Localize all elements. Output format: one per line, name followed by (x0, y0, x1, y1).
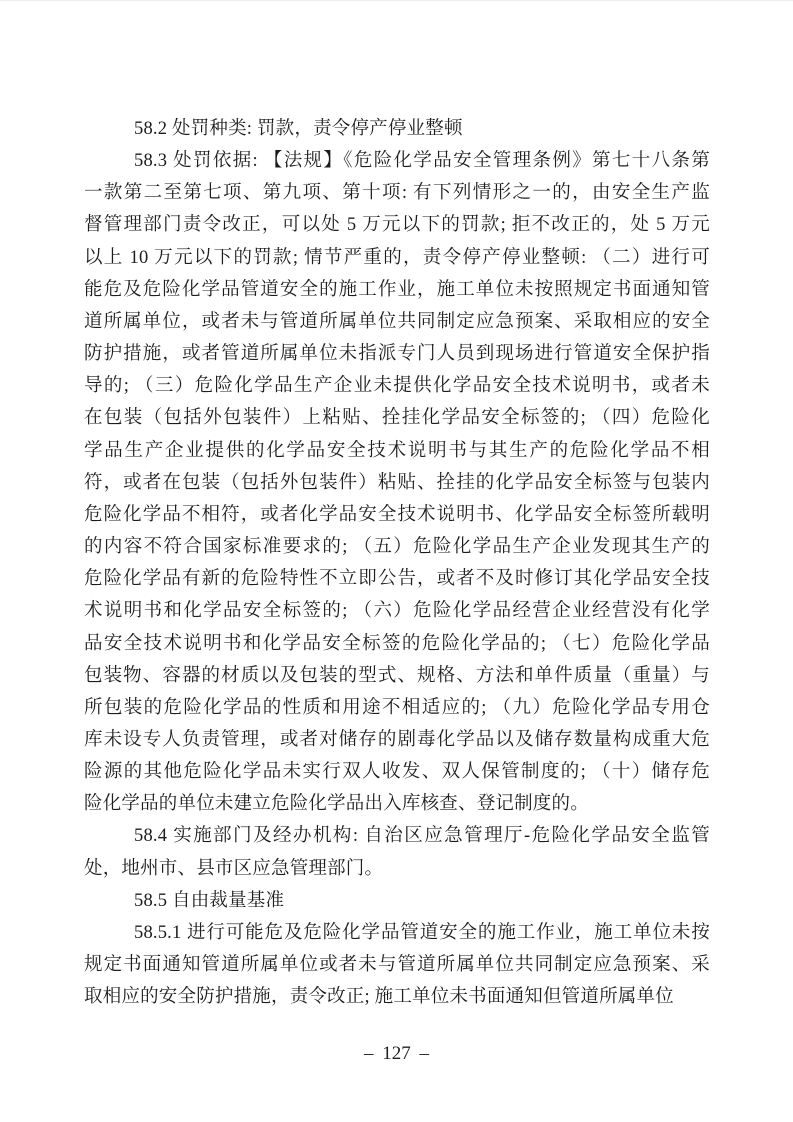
text-line: 以上 10 万元以下的罚款; 情节严重的，责令停产停业整顿: （二）进行可 (84, 242, 710, 274)
document-page: 58.2 处罚种类: 罚款，责令停产停业整顿58.3 处罚依据: 【法规】《危险… (0, 0, 793, 1122)
text-line: 险源的其他危险化学品未实行双人收发、双人保管制度的; （十）储存危 (84, 756, 710, 788)
text-line: 防护措施，或者管道所属单位未指派专门人员到现场进行管道安全保护指 (84, 338, 710, 370)
document-body: 58.2 处罚种类: 罚款，责令停产停业整顿58.3 处罚依据: 【法规】《危险… (84, 113, 710, 1013)
text-line: 道所属单位，或者未与管道所属单位共同制定应急预案、采取相应的安全 (84, 306, 710, 338)
text-line: 一款第二至第七项、第九项、第十项: 有下列情形之一的，由安全生产监 (84, 177, 710, 209)
text-line: 处，地州市、县市区应急管理部门。 (84, 853, 710, 885)
scan-edge-artifact (0, 0, 793, 1)
text-line: 库未设专人负责管理，或者对储存的剧毒化学品以及储存数量构成重大危 (84, 724, 710, 756)
text-line: 危险化学品不相符，或者化学品安全技术说明书、化学品安全标签所载明 (84, 499, 710, 531)
text-line: 58.3 处罚依据: 【法规】《危险化学品安全管理条例》第七十八条第 (84, 145, 710, 177)
text-line: 险化学品的单位未建立危险化学品出入库核查、登记制度的。 (84, 788, 710, 820)
text-line: 危险化学品有新的危险特性不立即公告，或者不及时修订其化学品安全技 (84, 563, 710, 595)
text-line: 在包装（包括外包装件）上粘贴、拴挂化学品安全标签的; （四）危险化 (84, 402, 710, 434)
page-number: – 127 – (0, 1043, 793, 1065)
text-line: 所包装的危险化学品的性质和用途不相适应的; （九）危险化学品专用仓 (84, 692, 710, 724)
text-line: 规定书面通知管道所属单位或者未与管道所属单位共同制定应急预案、采 (84, 949, 710, 981)
text-line: 督管理部门责令改正，可以处 5 万元以下的罚款; 拒不改正的，处 5 万元 (84, 209, 710, 241)
text-line: 58.2 处罚种类: 罚款，责令停产停业整顿 (84, 113, 710, 145)
text-line: 品安全技术说明书和化学品安全标签的危险化学品的; （七）危险化学品 (84, 628, 710, 660)
text-line: 58.4 实施部门及经办机构: 自治区应急管理厅-危险化学品安全监管 (84, 820, 710, 852)
text-line: 包装物、容器的材质以及包装的型式、规格、方法和单件质量（重量）与 (84, 660, 710, 692)
text-line: 术说明书和化学品安全标签的; （六）危险化学品经营企业经营没有化学 (84, 595, 710, 627)
text-line: 学品生产企业提供的化学品安全技术说明书与其生产的危险化学品不相 (84, 435, 710, 467)
text-line: 符，或者在包装（包括外包装件）粘贴、拴挂的化学品安全标签与包装内 (84, 467, 710, 499)
text-line: 的内容不符合国家标准要求的; （五）危险化学品生产企业发现其生产的 (84, 531, 710, 563)
text-line: 58.5.1 进行可能危及危险化学品管道安全的施工作业，施工单位未按 (84, 917, 710, 949)
text-line: 58.5 自由裁量基准 (84, 885, 710, 917)
text-line: 导的; （三）危险化学品生产企业未提供化学品安全技术说明书，或者未 (84, 370, 710, 402)
text-line: 取相应的安全防护措施，责令改正; 施工单位未书面通知但管道所属单位 (84, 981, 710, 1013)
text-line: 能危及危险化学品管道安全的施工作业，施工单位未按照规定书面通知管 (84, 274, 710, 306)
